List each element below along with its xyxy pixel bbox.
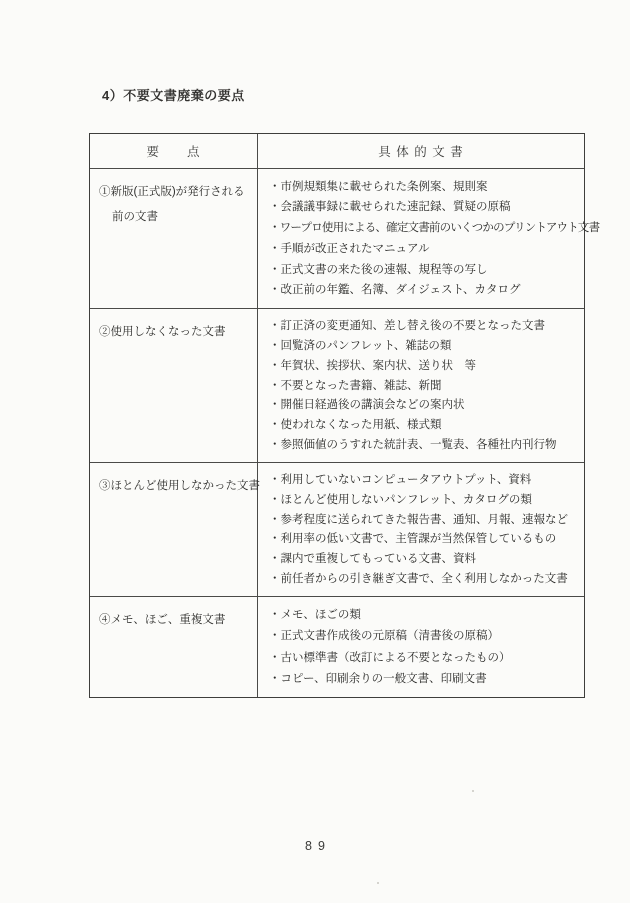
document-item: ・参照価値のうすれた統計表、一覧表、各種社内刊行物 bbox=[269, 438, 582, 452]
table-header-row: 要 点 具 体 的 文 書 bbox=[90, 134, 584, 168]
document-item: ・コピー、印刷余りの一般文書、印刷文書 bbox=[269, 672, 582, 686]
document-item: ・改正前の年鑑、名簿、ダイジェスト、カタログ bbox=[269, 283, 582, 297]
point-cell: ③ほとんど使用しなかった文書 bbox=[90, 463, 258, 596]
point-label-line2: 前の文書 bbox=[99, 209, 253, 225]
document-item: ・訂正済の変更通知、差し替え後の不要となった文書 bbox=[269, 319, 582, 333]
document-item: ・利用率の低い文書で、主管課が当然保管しているもの bbox=[269, 532, 582, 546]
document-item: ・前任者からの引き継ぎ文書で、全く利用しなかった文書 bbox=[269, 572, 582, 586]
document-item: ・ほとんど使用しないパンフレット、カタログの類 bbox=[269, 493, 582, 507]
point-label: ③ほとんど使用しなかった文書 bbox=[99, 478, 253, 494]
document-item: ・ワープロ使用による、確定文書前のいくつかのプリントアウト文書 bbox=[269, 221, 582, 235]
document-item: ・正式文書の来た後の速報、規程等の写し bbox=[269, 263, 582, 277]
document-item: ・不要となった書籍、雑誌、新聞 bbox=[269, 379, 582, 393]
point-label: ②使用しなくなった文書 bbox=[99, 324, 253, 340]
point-label: ④メモ、ほご、重複文書 bbox=[99, 612, 253, 628]
point-cell: ①新版(正式版)が発行される 前の文書 bbox=[90, 169, 258, 308]
page-title: 4）不要文書廃棄の要点 bbox=[102, 85, 245, 104]
point-cell: ④メモ、ほご、重複文書 bbox=[90, 597, 258, 697]
table-row: ①新版(正式版)が発行される 前の文書 ・市例規類集に載せられた条例案、規則案 … bbox=[90, 168, 584, 308]
document-item: ・古い標準書（改訂による不要となったもの） bbox=[269, 651, 582, 665]
point-label: ①新版(正式版)が発行される bbox=[99, 184, 253, 200]
document-item: ・会議議事録に載せられた速記録、質疑の原稿 bbox=[269, 200, 582, 214]
document-item: ・市例規類集に載せられた条例案、規則案 bbox=[269, 180, 582, 194]
header-point-cell: 要 点 bbox=[90, 134, 258, 168]
scan-speck bbox=[472, 790, 474, 792]
document-item: ・使われなくなった用紙、様式類 bbox=[269, 418, 582, 432]
document-item: ・参考程度に送られてきた報告書、通知、月報、速報など bbox=[269, 513, 582, 527]
documents-cell: ・市例規類集に載せられた条例案、規則案 ・会議議事録に載せられた速記録、質疑の原… bbox=[258, 169, 584, 308]
document-item: ・回覧済のパンフレット、雑誌の類 bbox=[269, 339, 582, 353]
document-item: ・開催日経過後の講演会などの案内状 bbox=[269, 398, 582, 412]
table-row: ②使用しなくなった文書 ・訂正済の変更通知、差し替え後の不要となった文書 ・回覧… bbox=[90, 308, 584, 462]
document-item: ・メモ、ほごの類 bbox=[269, 608, 582, 622]
document-item: ・手順が改正されたマニュアル bbox=[269, 242, 582, 256]
point-cell: ②使用しなくなった文書 bbox=[90, 309, 258, 462]
table-row: ③ほとんど使用しなかった文書 ・利用していないコンピュータアウトプット、資料 ・… bbox=[90, 462, 584, 596]
scan-speck bbox=[377, 882, 379, 884]
document-item: ・課内で重複してもっている文書、資料 bbox=[269, 552, 582, 566]
table-row: ④メモ、ほご、重複文書 ・メモ、ほごの類 ・正式文書作成後の元原稿（清書後の原稿… bbox=[90, 596, 584, 697]
documents-cell: ・訂正済の変更通知、差し替え後の不要となった文書 ・回覧済のパンフレット、雑誌の… bbox=[258, 309, 584, 462]
documents-cell: ・利用していないコンピュータアウトプット、資料 ・ほとんど使用しないパンフレット… bbox=[258, 463, 584, 596]
document-item: ・年賀状、挨拶状、案内状、送り状 等 bbox=[269, 359, 582, 373]
page-number: 89 bbox=[0, 839, 630, 853]
document-item: ・利用していないコンピュータアウトプット、資料 bbox=[269, 473, 582, 487]
header-documents-cell: 具 体 的 文 書 bbox=[258, 134, 584, 168]
document-item: ・正式文書作成後の元原稿（清書後の原稿） bbox=[269, 629, 582, 643]
disposal-points-table: 要 点 具 体 的 文 書 ①新版(正式版)が発行される 前の文書 ・市例規類集… bbox=[89, 133, 585, 698]
documents-cell: ・メモ、ほごの類 ・正式文書作成後の元原稿（清書後の原稿） ・古い標準書（改訂に… bbox=[258, 597, 584, 697]
scanned-document-page: 4）不要文書廃棄の要点 要 点 具 体 的 文 書 ①新版(正式版)が発行される… bbox=[0, 0, 630, 903]
